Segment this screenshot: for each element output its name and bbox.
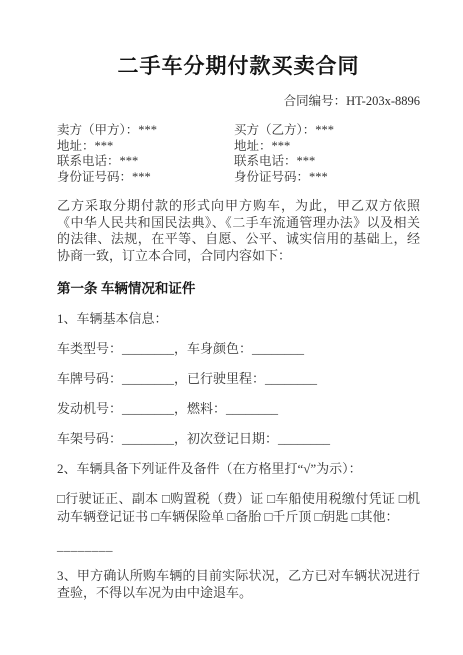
other-blank-underline: ________ [57,537,420,554]
documents-checkbox-list: □行驶证正、副本 □购置税（费）证 □车船使用税缴付凭证 □机动车辆登记证书 □… [57,490,420,525]
buyer-phone: 联系电话：*** [234,154,411,170]
clause-1-vehicle-basic-info: 1、车辆基本信息： [57,310,420,327]
parties-block: 卖方（甲方）：*** 地址：*** 联系电话：*** 身份证号码：*** 买方（… [57,123,420,185]
section-1-heading: 第一条 车辆情况和证件 [57,280,420,297]
seller-info: 卖方（甲方）：*** 地址：*** 联系电话：*** 身份证号码：*** [57,123,234,185]
clause-2-documents-and-accessories: 2、车辆具备下列证件及备件（在方格里打“√”为示）： [57,460,420,477]
clause-3-vehicle-condition-confirmation: 3、甲方确认所购车辆的目前实际状况，乙方已对车辆状况进行查验，不得以车况为由中途… [57,567,420,601]
contract-document-page: 二手车分期付款买卖合同 合同编号：HT-203x-8896 卖方（甲方）：***… [0,0,463,655]
buyer-id-number: 身份证号码：*** [234,170,411,186]
buyer-address: 地址：*** [234,139,411,155]
seller-address: 地址：*** [57,139,234,155]
field-line-vin-registration-date: 车架号码：________，初次登记日期：________ [57,430,420,447]
field-line-engine-fuel: 发动机号：________，燃料：________ [57,400,420,417]
buyer-info: 买方（乙方）：*** 地址：*** 联系电话：*** 身份证号码：*** [234,123,411,185]
contract-number: 合同编号：HT-203x-8896 [57,93,420,109]
field-line-model-color: 车类型号：________，车身颜色：________ [57,340,420,357]
field-line-plate-mileage: 车牌号码：________，已行驶里程：________ [57,370,420,387]
buyer-name: 买方（乙方）：*** [234,123,411,139]
seller-name: 卖方（甲方）：*** [57,123,234,139]
preamble-paragraph: 乙方采取分期付款的形式向甲方购车，为此，甲乙双方依照《中华人民共和国民法典》、《… [57,198,420,264]
seller-id-number: 身份证号码：*** [57,170,234,186]
seller-phone: 联系电话：*** [57,154,234,170]
document-title: 二手车分期付款买卖合同 [57,50,420,82]
